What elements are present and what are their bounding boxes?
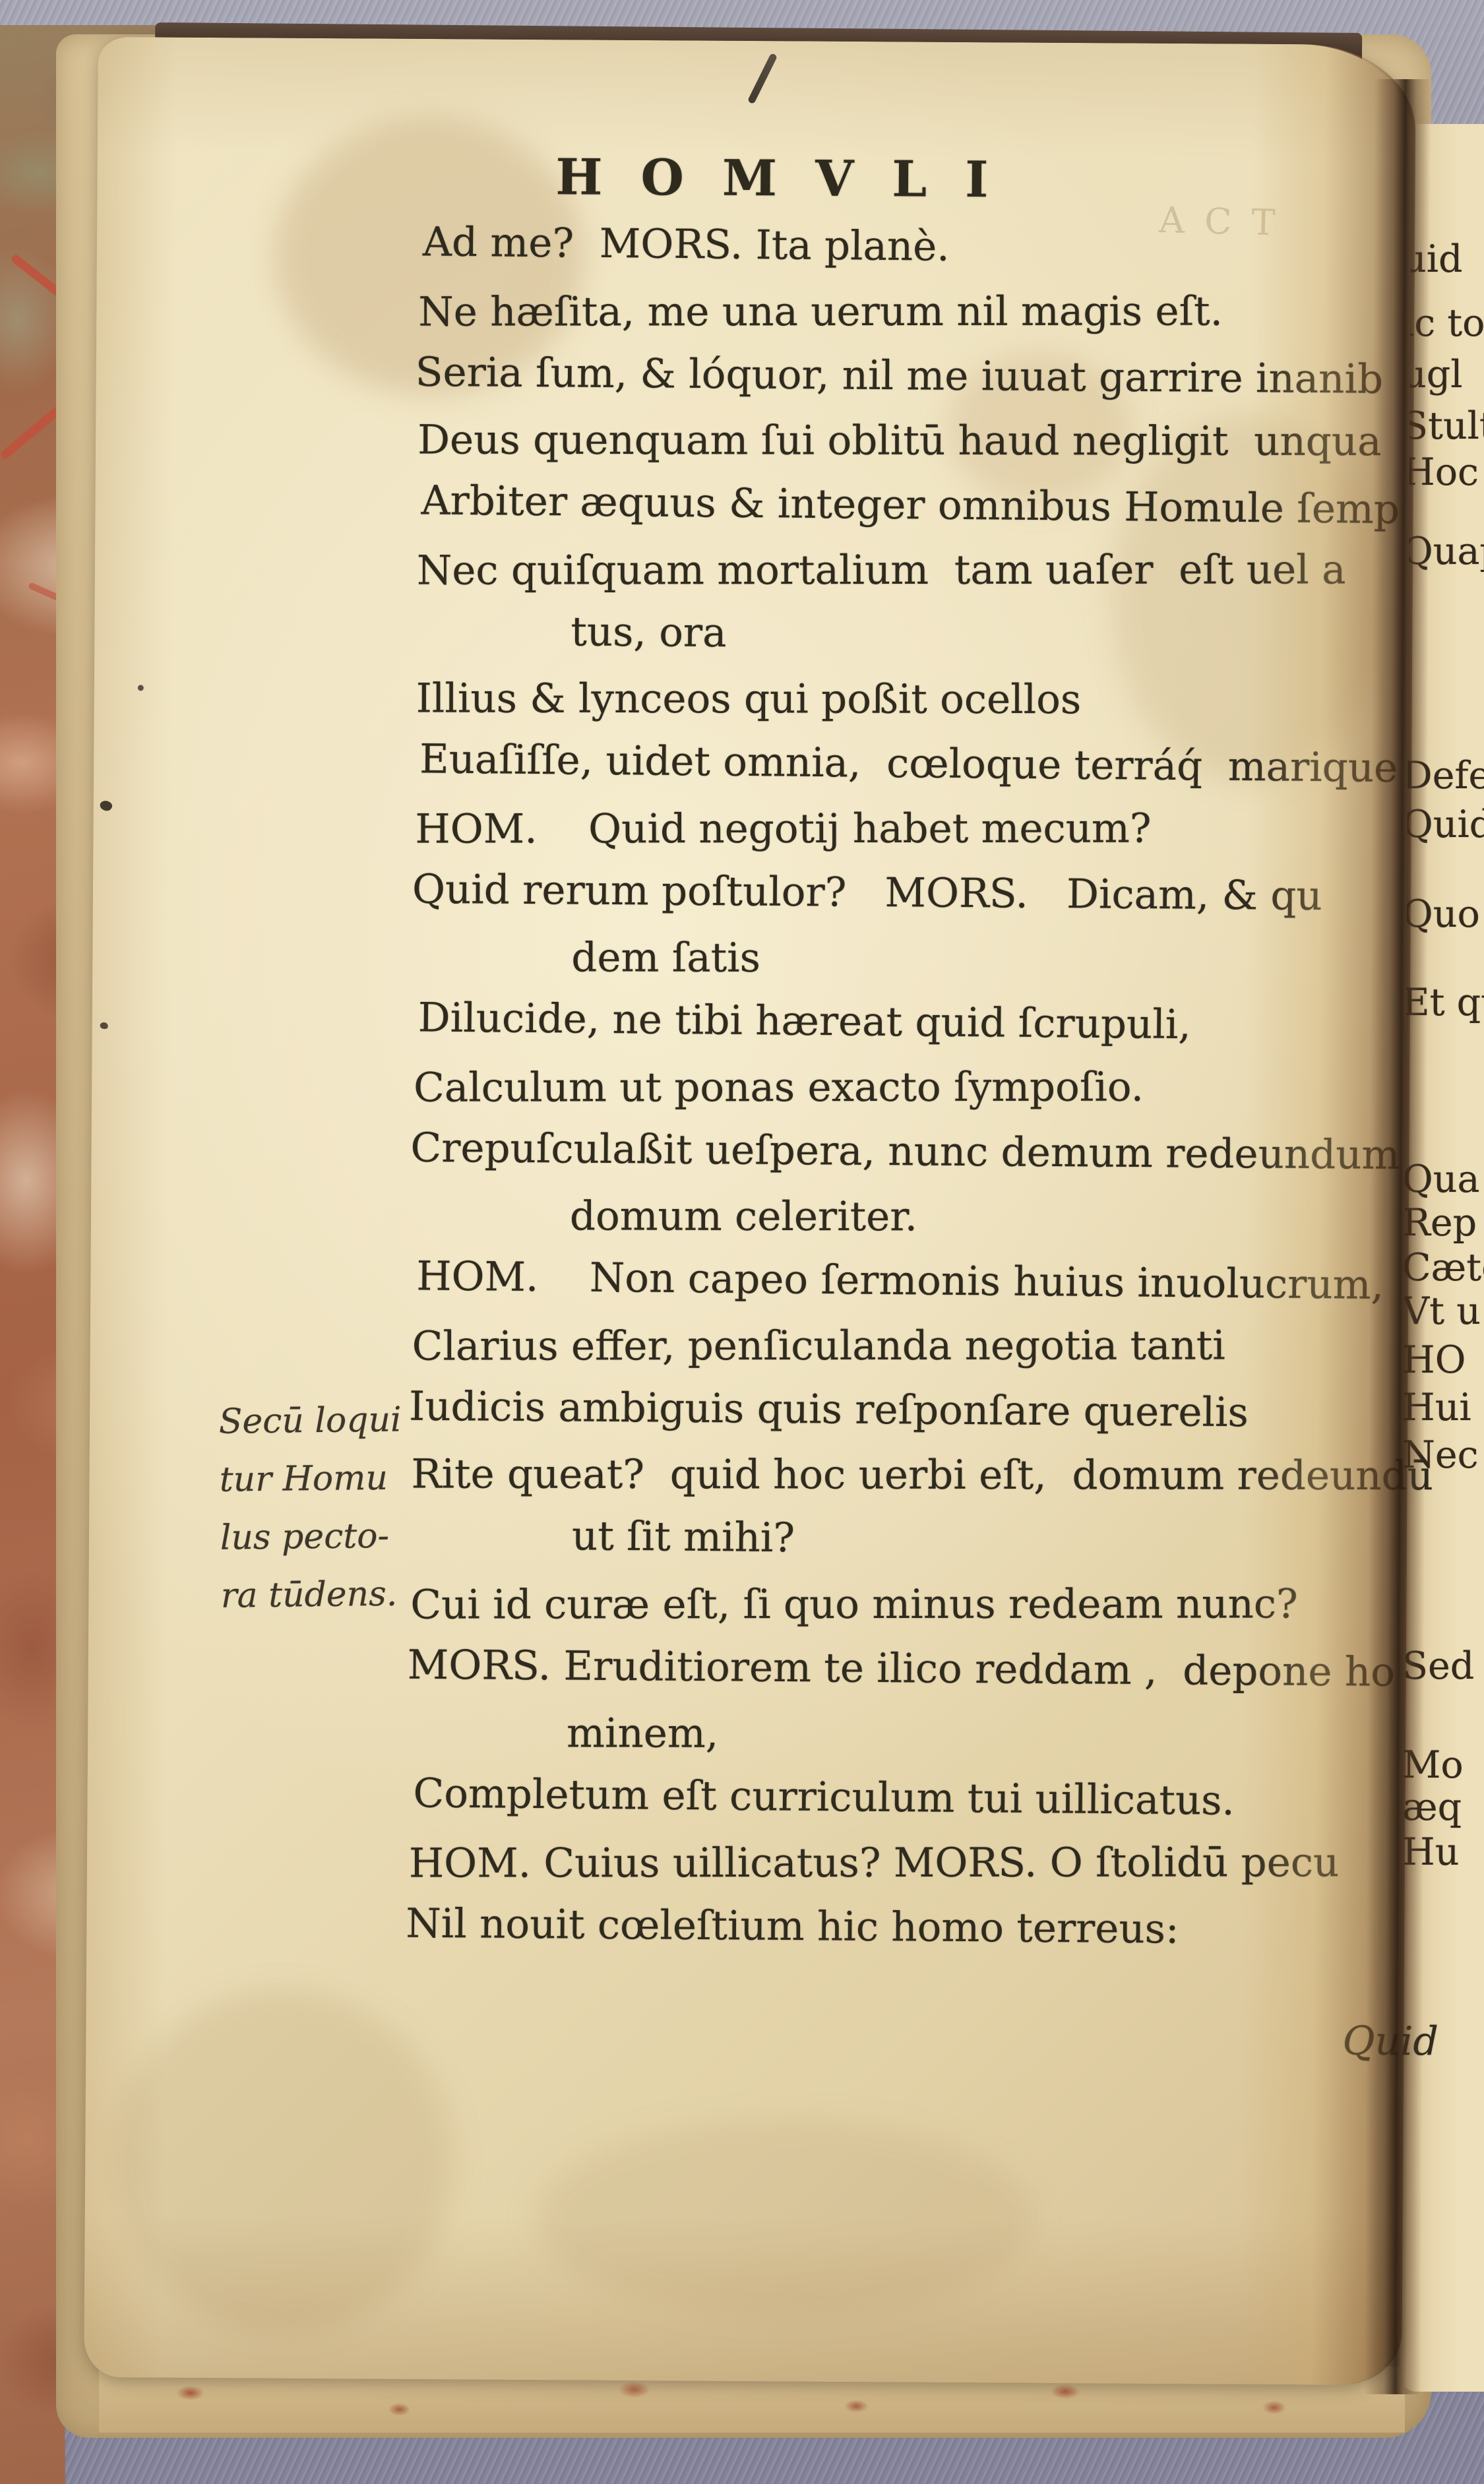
text-line: Nil nouit cœleſtium hic homo terreus: — [406, 1892, 1484, 1964]
text-line: HOM. Cuius uillicatus? MORS. O ſtolidū p… — [409, 1830, 1484, 1896]
text-line: Arbiter æquus & integer omnibus Homule ſ… — [421, 468, 1484, 543]
stain — [111, 1989, 456, 2334]
gutter-crease-shadow — [1364, 79, 1431, 2394]
text-line: Completum eſt curriculum tui uillicatus. — [413, 1761, 1484, 1836]
ink-spot — [98, 799, 113, 813]
text-line: Crepuſculaßit ueſpera, nunc demum redeun… — [410, 1116, 1484, 1189]
text-line: Calculum ut ponas exacto ſympoſio. — [414, 1055, 1484, 1120]
book-page: ACT H O M V L I Ad me? MORS. Ita planè.N… — [84, 37, 1412, 2385]
text-line: Rite queat? quid hoc uerbi eſt, domum re… — [411, 1442, 1484, 1508]
margin-note-line: Secū loqui — [218, 1390, 417, 1450]
ink-spot — [100, 1022, 108, 1029]
text-line: MORS. Eruditiorem te ilico reddam , depo… — [407, 1633, 1484, 1706]
text-line: dem ſatis — [571, 925, 1484, 991]
text-line: ut ſit mihi? — [572, 1504, 1484, 1577]
text-line: Dilucide, ne tibi hæreat quid ſcrupuli, — [417, 985, 1484, 1060]
text-line: Cui id curæ eſt, ſi quo minus redeam nun… — [410, 1572, 1484, 1637]
book-photo-scene: uidic touglStultHocQuapDefeQuidQuoEt quQ… — [0, 0, 1484, 2484]
margin-note-line: tur Homu — [219, 1448, 417, 1508]
text-line: Iudicis ambiguis quis reſponſare quereli… — [409, 1375, 1484, 1447]
text-line: tus, ora — [571, 600, 1484, 671]
margin-note: Secū loquitur Homulus pecto-ra tūdens. — [218, 1390, 419, 1625]
text-line: Deus quenquam ſui oblitū haud negligit u… — [417, 408, 1484, 474]
text-line: Ne hæſita, me una uerum nil magis eſt. — [418, 279, 1484, 344]
text-line: Nec quiſquam mortalium tam uaſer eſt uel… — [417, 538, 1484, 603]
text-block: Ad me? MORS. Ita planè.Ne hæſita, me una… — [408, 212, 1484, 1964]
text-line: Ad me? MORS. Ita planè. — [423, 210, 1484, 284]
text-line: Illius & lynceos qui poßit ocellos — [416, 666, 1484, 733]
text-line: minem, — [567, 1701, 1484, 1767]
text-line: HOM. Quid negotij habet mecum? — [416, 796, 1484, 861]
ink-spot — [138, 685, 144, 691]
stain — [533, 2117, 1036, 2318]
text-line: Seria ſum, & lóquor, nil me iuuat garrir… — [415, 340, 1484, 413]
margin-note-line: lus pecto- — [220, 1506, 418, 1567]
text-line: Quid rerum poſtulor? MORS. Dicam, & qu — [412, 857, 1484, 930]
text-line: domum celeriter. — [570, 1184, 1484, 1250]
text-line: Clarius effer, penſiculanda negotia tant… — [412, 1313, 1484, 1379]
running-title: H O M V L I — [555, 150, 999, 206]
text-line: Euaſiſſe, uidet omnia, cœloque terráq́ m… — [419, 727, 1484, 801]
margin-note-line: ra tūdens. — [220, 1565, 419, 1625]
ink-slash-mark — [747, 53, 778, 104]
text-line: HOM. Non capeo ſermonis huius inuolucrum… — [416, 1244, 1484, 1319]
